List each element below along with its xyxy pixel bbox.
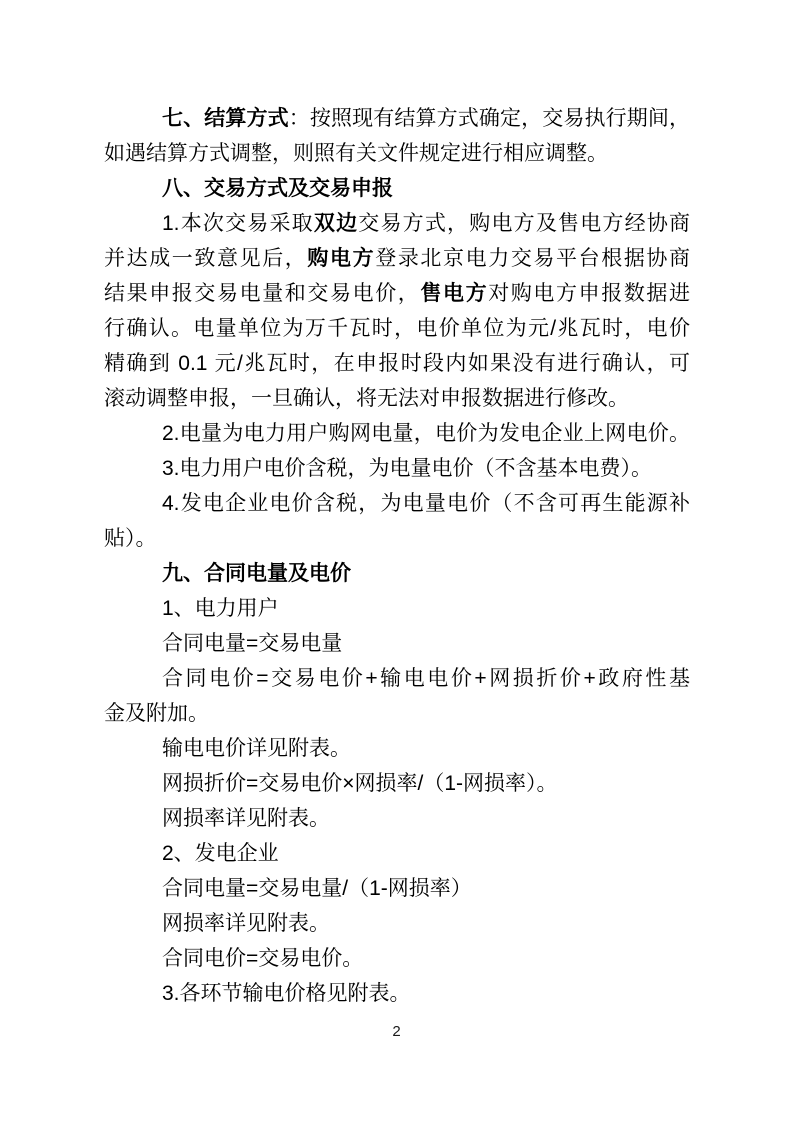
text-run: 交易方式，购电方及售电方经协商	[358, 212, 690, 235]
text-run: 结果申报交易电量和交易电价，	[104, 282, 420, 305]
text-run: 2、发电企业	[162, 842, 279, 865]
text-line: 2.电量为电力用户购网电量，电价为发电企业上网电价。	[104, 416, 690, 451]
text-run: 如遇结算方式调整，则照有关文件规定进行相应调整。	[104, 142, 608, 165]
text-line: 1.本次交易采取双边交易方式，购电方及售电方经协商	[104, 206, 690, 241]
text-line: 合同电价=交易电价。	[104, 941, 690, 976]
bold-text-run: 售电方	[420, 282, 488, 305]
page-number: 2	[0, 1022, 793, 1042]
text-run: 1.本次交易采取	[162, 212, 314, 235]
text-run: 输电电价详见附表。	[162, 737, 351, 760]
text-line: 并达成一致意见后，购电方登录北京电力交易平台根据协商	[104, 241, 690, 276]
bold-text-run: 九、合同电量及电价	[162, 562, 351, 585]
text-run: 网损率详见附表。	[162, 912, 330, 935]
text-line: 2、发电企业	[104, 836, 690, 871]
text-line: 七、结算方式：按照现有结算方式确定，交易执行期间，	[104, 101, 690, 136]
text-run: 金及附加。	[104, 702, 209, 725]
text-run: 行确认。电量单位为万千瓦时，电价单位为元/兆瓦时，电价	[104, 317, 690, 340]
text-line: 金及附加。	[104, 696, 690, 731]
text-run: 合同电价=交易电价+输电电价+网损折价+政府性基	[162, 667, 690, 690]
text-run: 登录北京电力交易平台根据协商	[375, 247, 690, 270]
text-run: 贴）。	[104, 527, 157, 550]
text-line: 网损率详见附表。	[104, 801, 690, 836]
document-body: 七、结算方式：按照现有结算方式确定，交易执行期间，如遇结算方式调整，则照有关文件…	[104, 101, 690, 1011]
text-run: 3.电力用户电价含税，为电量电价（不含基本电费）。	[162, 457, 652, 480]
text-run: 并达成一致意见后，	[104, 247, 307, 270]
text-line: 网损折价=交易电价×网损率/（1-网损率）。	[104, 766, 690, 801]
document-page: 七、结算方式：按照现有结算方式确定，交易执行期间，如遇结算方式调整，则照有关文件…	[0, 0, 793, 1122]
text-line: 合同电量=交易电量	[104, 626, 690, 661]
bold-text-run: 购电方	[307, 247, 375, 270]
text-line: 九、合同电量及电价	[104, 556, 690, 591]
text-run: 1、电力用户	[162, 597, 279, 620]
text-run: 滚动调整申报，一旦确认，将无法对申报数据进行修改。	[104, 387, 629, 410]
text-run: 网损折价=交易电价×网损率/（1-网损率）。	[162, 772, 558, 795]
bold-text-run: 八、交易方式及交易申报	[162, 177, 393, 200]
text-run: 合同电量=交易电量/（1-网损率）	[162, 877, 472, 900]
text-run: 2.电量为电力用户购网电量，电价为发电企业上网电价。	[162, 422, 690, 445]
text-line: 合同电价=交易电价+输电电价+网损折价+政府性基	[104, 661, 690, 696]
text-line: 贴）。	[104, 521, 690, 556]
bold-text-run: 七、结算方式	[162, 107, 289, 130]
text-line: 滚动调整申报，一旦确认，将无法对申报数据进行修改。	[104, 381, 690, 416]
text-line: 八、交易方式及交易申报	[104, 171, 690, 206]
text-line: 合同电量=交易电量/（1-网损率）	[104, 871, 690, 906]
text-line: 行确认。电量单位为万千瓦时，电价单位为元/兆瓦时，电价	[104, 311, 690, 346]
text-run: 对购电方申报数据进	[488, 282, 690, 305]
text-run: 网损率详见附表。	[162, 807, 330, 830]
text-line: 结果申报交易电量和交易电价，售电方对购电方申报数据进	[104, 276, 690, 311]
text-run: ：按照现有结算方式确定，交易执行期间，	[289, 107, 690, 130]
text-line: 3.电力用户电价含税，为电量电价（不含基本电费）。	[104, 451, 690, 486]
text-line: 1、电力用户	[104, 591, 690, 626]
text-run: 精确到 0.1 元/兆瓦时，在申报时段内如果没有进行确认，可	[104, 352, 690, 375]
bold-text-run: 双边	[314, 212, 358, 235]
text-line: 如遇结算方式调整，则照有关文件规定进行相应调整。	[104, 136, 690, 171]
text-run: 4.发电企业电价含税，为电量电价（不含可再生能源补	[162, 492, 690, 515]
text-run: 合同电价=交易电价。	[162, 947, 363, 970]
text-line: 输电电价详见附表。	[104, 731, 690, 766]
text-line: 3.各环节输电价格见附表。	[104, 976, 690, 1011]
text-run: 3.各环节输电价格见附表。	[162, 982, 411, 1005]
text-line: 网损率详见附表。	[104, 906, 690, 941]
text-line: 精确到 0.1 元/兆瓦时，在申报时段内如果没有进行确认，可	[104, 346, 690, 381]
text-line: 4.发电企业电价含税，为电量电价（不含可再生能源补	[104, 486, 690, 521]
text-run: 合同电量=交易电量	[162, 632, 342, 655]
